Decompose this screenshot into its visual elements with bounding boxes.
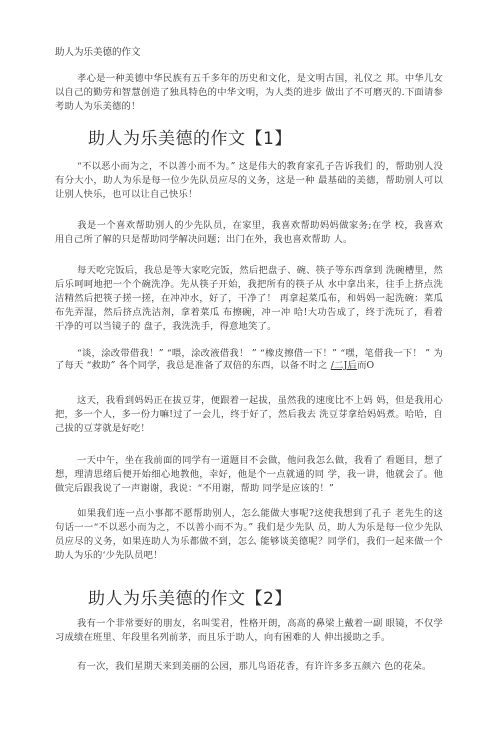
paragraph-text: 我是一个喜欢帮助别人的少先队员，在家里，我喜欢帮助妈妈做家务;在学 校，我喜欢用… [55, 220, 443, 245]
section-1-paragraph-7: 如果我们连一点小事都不愿帮助别人，怎么能做大事呢?这使我想到了孔子 老先生的这句… [55, 507, 443, 563]
paragraph-text: 这天，我看到妈妈正在拔豆芽，便跟着一起拔，虽然我的速度比不上妈 妈，但是我用心把… [55, 395, 443, 434]
paragraph-text: 我有一个非常要好的朋友，名叫雯君，性格开朗，高高的鼻梁上戴着一副 眼镜，不仅学习… [55, 618, 443, 643]
intro-paragraph: 孝心是一种美德中华民族有五千多年的历史和文化，是文明古国，礼仪之 邦。中华儿女以… [55, 72, 443, 114]
section-1-paragraph-5: 这天，我看到妈妈正在拔豆芽，便跟着一起拔，虽然我的速度比不上妈 妈，但是我用心把… [55, 394, 443, 436]
paragraph-text: 每天吃完饭后，我总是等大家吃完饭，然后把盘子、碗、筷子等东西拿到 洗碗槽里，然后… [55, 265, 443, 332]
paragraph-text: “谈，涂改带借我！” “喂，涂改液借我！ ” “橡皮擦借一下！” “嘿，笔借我一… [55, 348, 443, 371]
underlined-fragment: /二J后 [331, 360, 357, 371]
section-1-heading: 助人为乐美德的作文【1】 [88, 124, 292, 149]
paragraph-text: 如果我们连一点小事都不愿帮助别人，怎么能做大事呢?这使我想到了孔子 老先生的这句… [55, 508, 443, 561]
section-2-paragraph-1: 我有一个非常要好的朋友，名叫雯君，性格开朗，高高的鼻梁上戴着一副 眼镜，不仅学习… [55, 617, 443, 645]
section-1-paragraph-2: 我是一个喜欢帮助别人的少先队员，在家里，我喜欢帮助妈妈做家务;在学 校，我喜欢用… [55, 219, 443, 247]
paragraph-text: 一天中午，坐在我前面的同学有一道题目不会做，他问我怎么做，我看了 看题目，想了想… [55, 455, 443, 494]
intro-text: 孝心是一种美德中华民族有五千多年的历史和文化，是文明古国，礼仪之 邦。中华儿女以… [55, 73, 443, 112]
section-1-paragraph-3: 每天吃完饭后，我总是等大家吃完饭，然后把盘子、碗、筷子等东西拿到 洗碗槽里，然后… [55, 264, 443, 334]
trailing-fragment: 而O [357, 360, 374, 371]
section-2-heading: 助人为乐美德的作文【2】 [88, 584, 292, 609]
section-2-paragraph-2: 有一次，我们星期天来到美丽的公园，那儿鸟语花香，有许许多多五颜六 色的花朵。 [55, 660, 443, 674]
section-1-paragraph-1: “不以恶小而为之，不以善小而不为。” 这是伟大的教育家孔子告诉我们 的，帮助别人… [55, 160, 443, 202]
paragraph-text: 有一次，我们星期天来到美丽的公园，那儿鸟语花香，有许许多多五颜六 色的花朵。 [77, 661, 432, 672]
document-page: 助人为乐美德的作文 孝心是一种美德中华民族有五千多年的历史和文化，是文明古国，礼… [0, 0, 500, 735]
section-1-paragraph-6: 一天中午，坐在我前面的同学有一道题目不会做，他问我怎么做，我看了 看题目，想了想… [55, 454, 443, 496]
paragraph-text: “不以恶小而为之，不以善小而不为。” 这是伟大的教育家孔子告诉我们 的，帮助别人… [55, 161, 443, 200]
section-1-paragraph-4: “谈，涂改带借我！” “喂，涂改液借我！ ” “橡皮擦借一下！” “嘿，笔借我一… [55, 348, 443, 372]
document-title: 助人为乐美德的作文 [55, 44, 141, 58]
